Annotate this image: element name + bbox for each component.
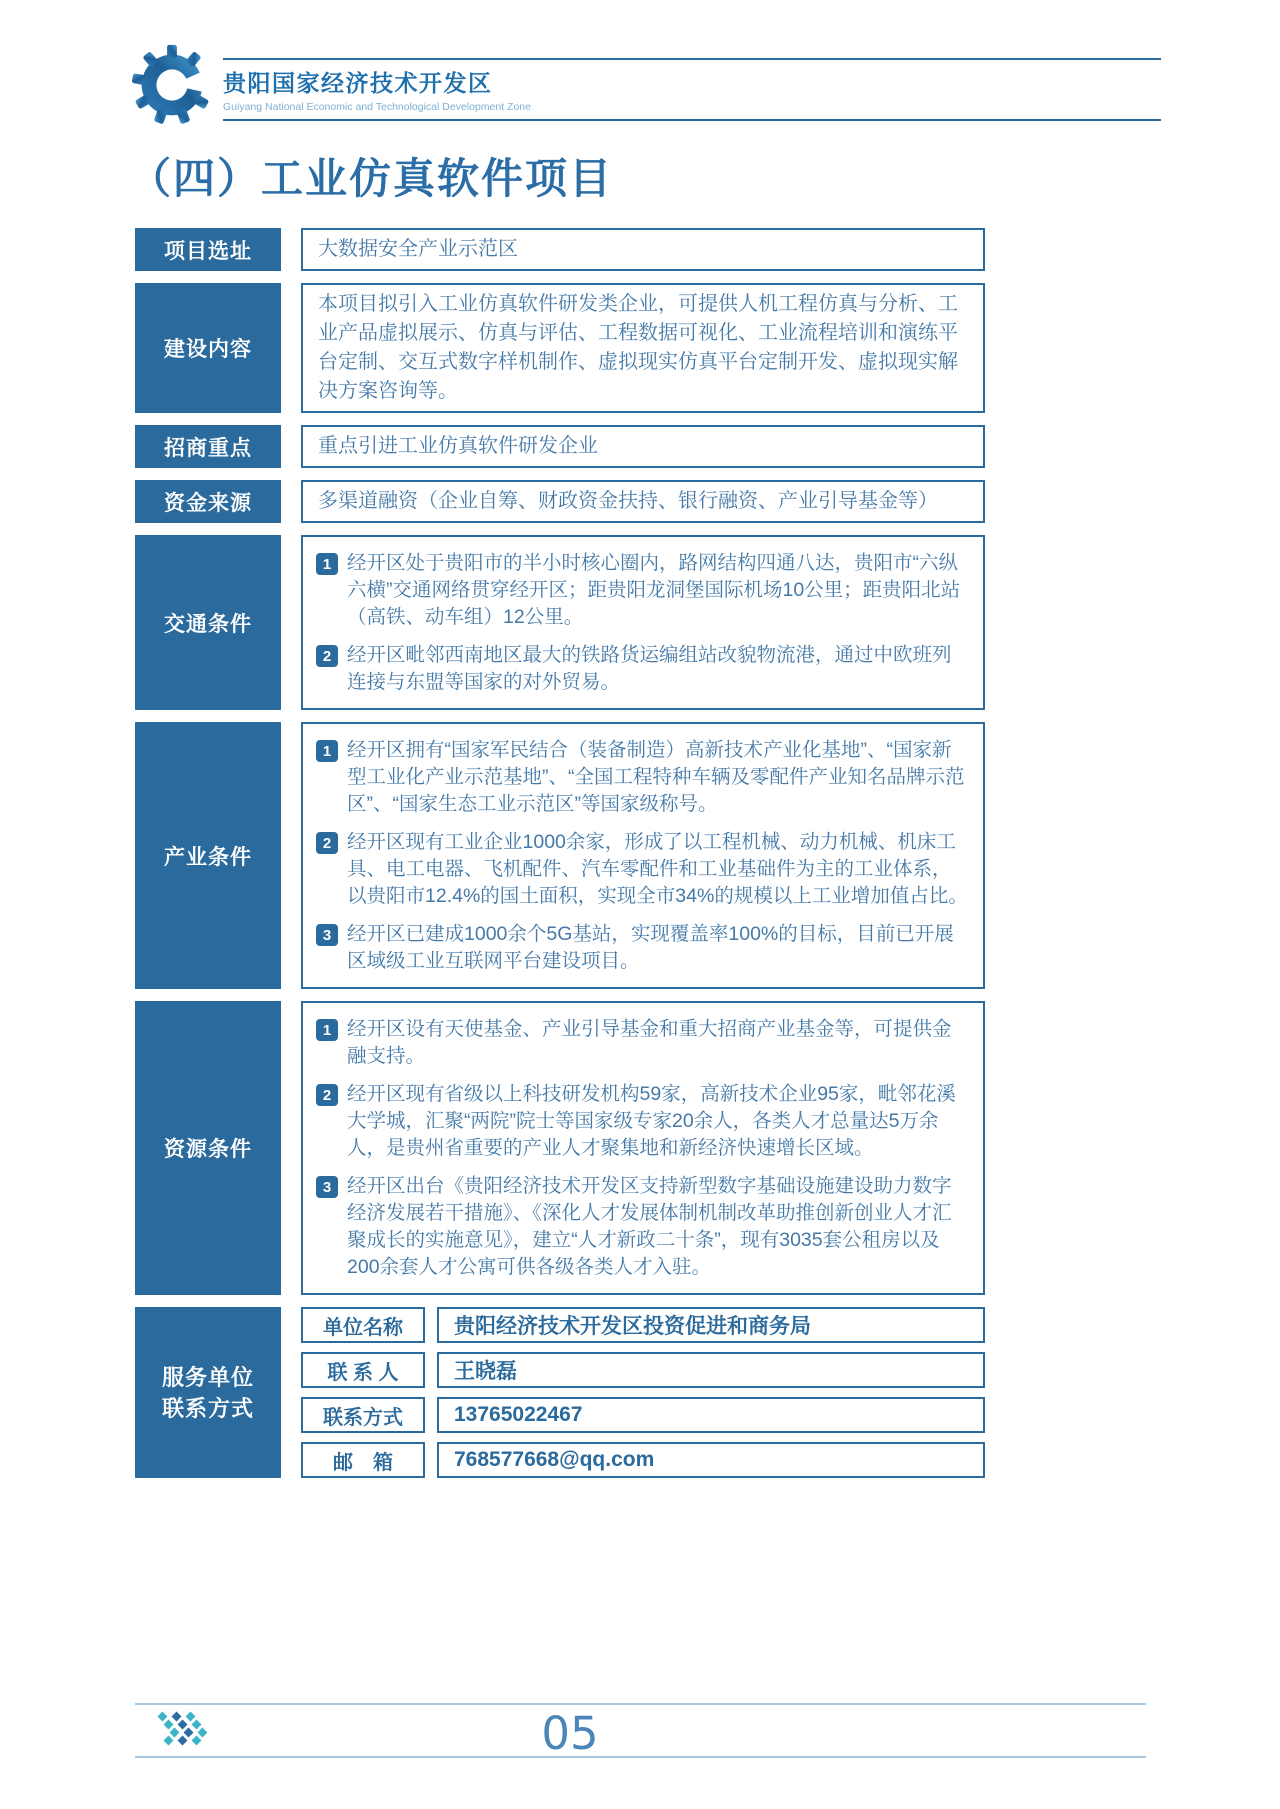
item-text: 经开区处于贵阳市的半小时核心圈内，路网结构四通八达，贵阳市“六纵六横”交通网络贯… <box>347 550 968 631</box>
item-number-badge: 1 <box>316 740 338 762</box>
contact-field-label: 单位名称 <box>301 1307 425 1343</box>
item-text: 经开区现有省级以上科技研发机构59家，高新技术企业95家，毗邻花溪大学城，汇聚“… <box>347 1081 968 1162</box>
row-label: 建设内容 <box>135 283 281 413</box>
contact-label-line1: 服务单位 <box>162 1362 254 1393</box>
row-value: 大数据安全产业示范区 <box>301 228 985 271</box>
contact-row-person: 联 系 人 王晓磊 <box>301 1352 985 1388</box>
chevron-arrows-icon <box>156 1705 218 1756</box>
item-number-badge: 1 <box>316 1019 338 1041</box>
contact-field-value: 王晓磊 <box>437 1352 985 1388</box>
list-item: 1 经开区设有天使基金、产业引导基金和重大招商产业基金等，可提供金融支持。 <box>316 1016 968 1070</box>
row-label: 项目选址 <box>135 228 281 271</box>
item-number-badge: 3 <box>316 1176 338 1198</box>
table-row-funding: 资金来源 多渠道融资（企业自筹、财政资金扶持、银行融资、产业引导基金等） <box>135 480 985 523</box>
item-number-badge: 2 <box>316 1084 338 1106</box>
contact-field-label: 联系方式 <box>301 1397 425 1433</box>
contact-field-value: 13765022467 <box>437 1397 985 1433</box>
page-number: 05 <box>500 1707 640 1760</box>
item-number-badge: 1 <box>316 553 338 575</box>
header-rule-bottom <box>223 119 1161 121</box>
table-row-traffic: 交通条件 1 经开区处于贵阳市的半小时核心圈内，路网结构四通八达，贵阳市“六纵六… <box>135 535 985 710</box>
footer-rule-bottom <box>135 1756 1146 1758</box>
item-text: 经开区现有工业企业1000余家，形成了以工程机械、动力机械、机床工具、电工电器、… <box>347 829 968 910</box>
table-row-construction: 建设内容 本项目拟引入工业仿真软件研发类企业，可提供人机工程仿真与分析、工业产品… <box>135 283 985 413</box>
contact-row-unit: 单位名称 贵阳经济技术开发区投资促进和商务局 <box>301 1307 985 1343</box>
org-name-en: Guiyang National Economic and Technologi… <box>223 101 1161 113</box>
page-header: 贵阳国家经济技术开发区 Guiyang National Economic an… <box>131 44 1161 126</box>
footer-rule-top <box>135 1703 1146 1705</box>
row-value: 重点引进工业仿真软件研发企业 <box>301 425 985 468</box>
contact-table: 单位名称 贵阳经济技术开发区投资促进和商务局 联 系 人 王晓磊 联系方式 13… <box>301 1307 985 1478</box>
item-number-badge: 2 <box>316 645 338 667</box>
org-name-cn: 贵阳国家经济技术开发区 <box>223 65 1161 98</box>
table-row-resources: 资源条件 1 经开区设有天使基金、产业引导基金和重大招商产业基金等，可提供金融支… <box>135 1001 985 1295</box>
list-item: 2 经开区现有省级以上科技研发机构59家，高新技术企业95家，毗邻花溪大学城，汇… <box>316 1081 968 1162</box>
row-label: 产业条件 <box>135 722 281 989</box>
contact-field-value: 贵阳经济技术开发区投资促进和商务局 <box>437 1307 985 1343</box>
row-value: 多渠道融资（企业自筹、财政资金扶持、银行融资、产业引导基金等） <box>301 480 985 523</box>
row-label: 服务单位 联系方式 <box>135 1307 281 1478</box>
header-rule-top <box>223 58 1161 60</box>
row-value-list: 1 经开区拥有“国家军民结合（装备制造）高新技术产业化基地”、“国家新型工业化产… <box>301 722 985 989</box>
row-value-list: 1 经开区处于贵阳市的半小时核心圈内，路网结构四通八达，贵阳市“六纵六横”交通网… <box>301 535 985 710</box>
list-item: 1 经开区拥有“国家军民结合（装备制造）高新技术产业化基地”、“国家新型工业化产… <box>316 737 968 818</box>
contact-row-phone: 联系方式 13765022467 <box>301 1397 985 1433</box>
item-text: 经开区拥有“国家军民结合（装备制造）高新技术产业化基地”、“国家新型工业化产业示… <box>347 737 968 818</box>
item-text: 经开区出台《贵阳经济技术开发区支持新型数字基础设施建设助力数字经济发展若干措施》… <box>347 1173 968 1281</box>
row-label: 招商重点 <box>135 425 281 468</box>
list-item: 1 经开区处于贵阳市的半小时核心圈内，路网结构四通八达，贵阳市“六纵六横”交通网… <box>316 550 968 631</box>
row-label: 交通条件 <box>135 535 281 710</box>
row-value: 本项目拟引入工业仿真软件研发类企业，可提供人机工程仿真与分析、工业产品虚拟展示、… <box>301 283 985 413</box>
table-row-investment-focus: 招商重点 重点引进工业仿真软件研发企业 <box>135 425 985 468</box>
contact-label: 服务单位 联系方式 <box>162 1362 254 1424</box>
list-item: 3 经开区已建成1000余个5G基站，实现覆盖率100%的目标，目前已开展区域级… <box>316 921 968 975</box>
row-label: 资源条件 <box>135 1001 281 1295</box>
item-text: 经开区已建成1000余个5G基站，实现覆盖率100%的目标，目前已开展区域级工业… <box>347 921 968 975</box>
table-row-contact: 服务单位 联系方式 单位名称 贵阳经济技术开发区投资促进和商务局 联 系 人 王… <box>135 1307 985 1478</box>
item-text: 经开区毗邻西南地区最大的铁路货运编组站改貌物流港，通过中欧班列连接与东盟等国家的… <box>347 642 968 696</box>
project-info-table: 项目选址 大数据安全产业示范区 建设内容 本项目拟引入工业仿真软件研发类企业，可… <box>135 228 985 1490</box>
list-item: 2 经开区毗邻西南地区最大的铁路货运编组站改貌物流港，通过中欧班列连接与东盟等国… <box>316 642 968 696</box>
table-row-industry: 产业条件 1 经开区拥有“国家军民结合（装备制造）高新技术产业化基地”、“国家新… <box>135 722 985 989</box>
contact-label-line2: 联系方式 <box>162 1393 254 1424</box>
contact-field-label: 邮 箱 <box>301 1442 425 1478</box>
row-label: 资金来源 <box>135 480 281 523</box>
gear-logo-icon <box>131 44 213 126</box>
page-title: （四）工业仿真软件项目 <box>129 146 613 206</box>
header-text-block: 贵阳国家经济技术开发区 Guiyang National Economic an… <box>223 58 1161 126</box>
item-number-badge: 3 <box>316 924 338 946</box>
table-row-site: 项目选址 大数据安全产业示范区 <box>135 228 985 271</box>
list-item: 3 经开区出台《贵阳经济技术开发区支持新型数字基础设施建设助力数字经济发展若干措… <box>316 1173 968 1281</box>
document-page: 贵阳国家经济技术开发区 Guiyang National Economic an… <box>0 0 1280 1809</box>
contact-field-value: 768577668@qq.com <box>437 1442 985 1478</box>
item-text: 经开区设有天使基金、产业引导基金和重大招商产业基金等，可提供金融支持。 <box>347 1016 968 1070</box>
contact-field-label: 联 系 人 <box>301 1352 425 1388</box>
row-value-list: 1 经开区设有天使基金、产业引导基金和重大招商产业基金等，可提供金融支持。 2 … <box>301 1001 985 1295</box>
item-number-badge: 2 <box>316 832 338 854</box>
list-item: 2 经开区现有工业企业1000余家，形成了以工程机械、动力机械、机床工具、电工电… <box>316 829 968 910</box>
contact-row-email: 邮 箱 768577668@qq.com <box>301 1442 985 1478</box>
